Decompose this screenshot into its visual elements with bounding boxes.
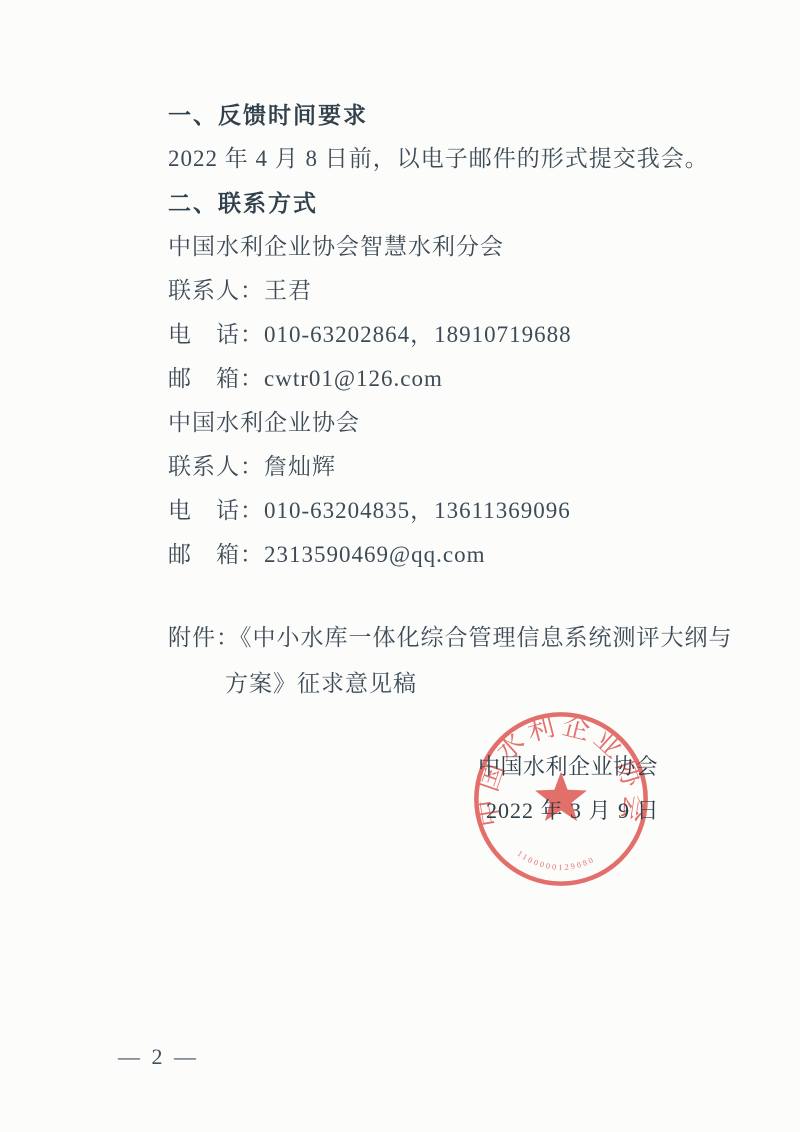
body-line-org-main: 中国水利企业协会 — [168, 401, 728, 445]
section-heading-feedback-time: 一、反馈时间要求 — [168, 93, 728, 137]
body-line-contact-1-email: 邮 箱：cwtr01@126.com — [168, 357, 728, 401]
body-line-contact-1-name: 联系人：王君 — [168, 269, 728, 313]
section-heading-contact: 二、联系方式 — [168, 181, 728, 225]
page-number: — 2 — — [118, 1044, 199, 1070]
body-line-contact-2-name: 联系人：詹灿辉 — [168, 445, 728, 489]
document-page: 一、反馈时间要求 2022 年 4 月 8 日前，以电子邮件的形式提交我会。 二… — [0, 0, 800, 1132]
signature-date: 2022 年 3 月 9 日 — [486, 796, 660, 826]
attachment-line-2: 方案》征求意见稿 — [168, 661, 748, 707]
body-line-contact-1-phone: 电 话：010-63202864，18910719688 — [168, 313, 728, 357]
attachment-line-1: 附件：《中小水库一体化综合管理信息系统测评大纲与 — [168, 615, 748, 661]
attachment-note: 附件：《中小水库一体化综合管理信息系统测评大纲与 方案》征求意见稿 — [168, 615, 748, 707]
document-body: 一、反馈时间要求 2022 年 4 月 8 日前，以电子邮件的形式提交我会。 二… — [168, 93, 728, 577]
signature-organization: 中国水利企业协会 — [478, 752, 658, 782]
body-line-contact-2-phone: 电 话：010-63204835，13611369096 — [168, 489, 728, 533]
body-line-deadline: 2022 年 4 月 8 日前，以电子邮件的形式提交我会。 — [168, 137, 728, 181]
body-line-org-branch: 中国水利企业协会智慧水利分会 — [168, 225, 728, 269]
seal-serial-number: 1100000129080 — [516, 849, 597, 872]
body-line-contact-2-email: 邮 箱：2313590469@qq.com — [168, 533, 728, 577]
